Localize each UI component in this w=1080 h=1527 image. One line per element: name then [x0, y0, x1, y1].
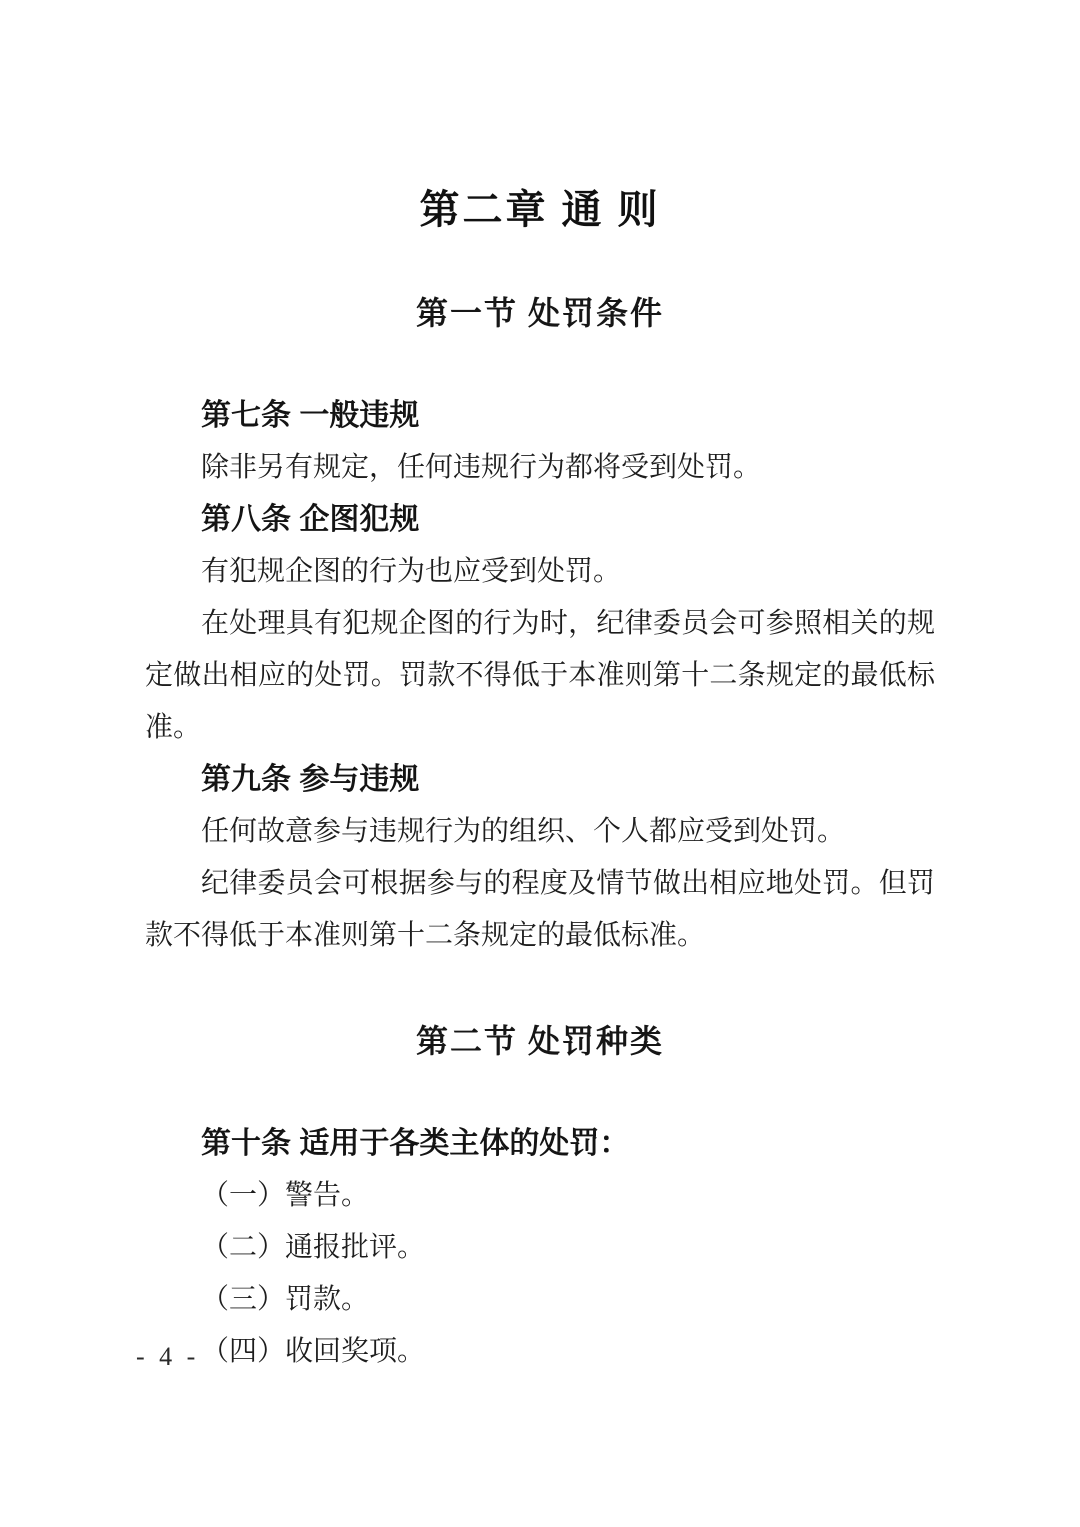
- list-item-4: （四）收回奖项。: [145, 1326, 935, 1378]
- article-10-heading: 第十条 适用于各类主体的处罚：: [145, 1118, 935, 1170]
- list-item-2: （二）通报批评。: [145, 1222, 935, 1274]
- list-item-1: （一）警告。: [145, 1170, 935, 1222]
- article-9-paragraph-2: 纪律委员会可根据参与的程度及情节做出相应地处罚。但罚款不得低于本准则第十二条规定…: [145, 858, 935, 962]
- document-content: 第二章 通 则 第一节 处罚条件 第七条 一般违规 除非另有规定，任何违规行为都…: [145, 0, 935, 1378]
- article-9-paragraph-1: 任何故意参与违规行为的组织、个人都应受到处罚。: [145, 806, 935, 858]
- document-page: 第二章 通 则 第一节 处罚条件 第七条 一般违规 除非另有规定，任何违规行为都…: [0, 0, 1080, 1527]
- article-7-heading: 第七条 一般违规: [145, 390, 935, 442]
- article-8-paragraph-1: 有犯规企图的行为也应受到处罚。: [145, 546, 935, 598]
- article-9-heading: 第九条 参与违规: [145, 754, 935, 806]
- article-8-paragraph-2: 在处理具有犯规企图的行为时，纪律委员会可参照相关的规定做出相应的处罚。罚款不得低…: [145, 598, 935, 754]
- page-number: - 4 -: [136, 1342, 199, 1372]
- article-7-paragraph: 除非另有规定，任何违规行为都将受到处罚。: [145, 442, 935, 494]
- section-title-1: 第一节 处罚条件: [145, 294, 935, 332]
- chapter-title: 第二章 通 则: [145, 186, 935, 234]
- section-title-2: 第二节 处罚种类: [145, 1022, 935, 1060]
- article-8-heading: 第八条 企图犯规: [145, 494, 935, 546]
- list-item-3: （三）罚款。: [145, 1274, 935, 1326]
